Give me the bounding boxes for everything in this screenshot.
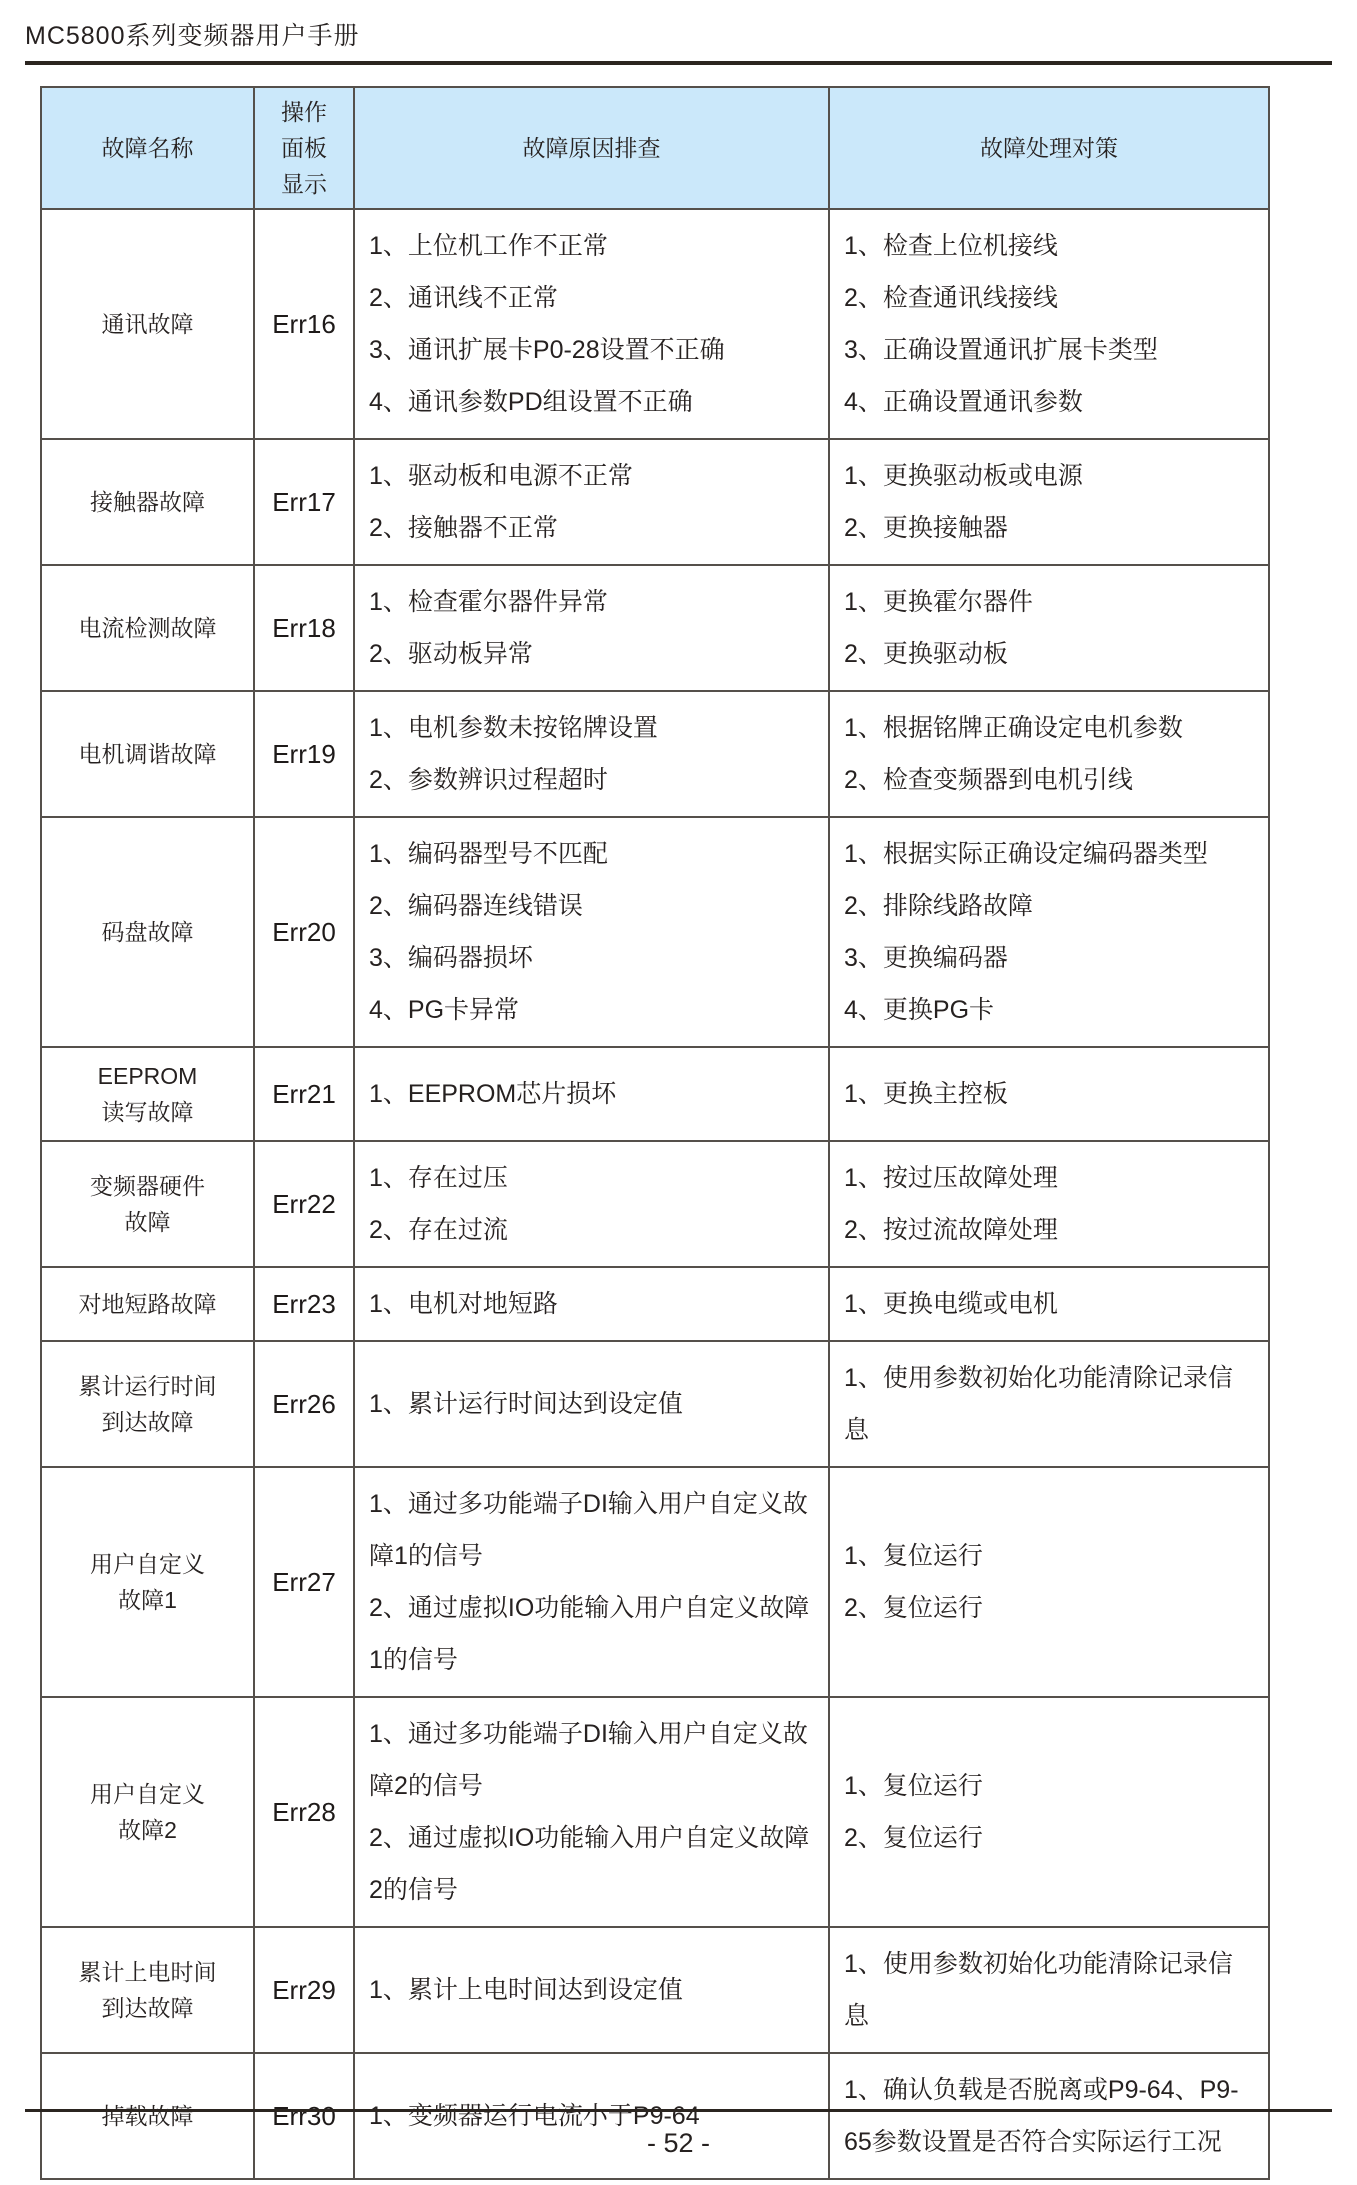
fault-solutions-cell: 1、使用参数初始化功能清除记录信息: [829, 1927, 1269, 2053]
column-header-cause: 故障原因排查: [354, 87, 829, 209]
column-header-panel-display: 操作面板显示: [254, 87, 354, 209]
title-rule: [25, 61, 1332, 65]
cause-line: 1、存在过压: [369, 1152, 818, 1204]
column-header-solution-label: 故障处理对策: [980, 135, 1118, 161]
solution-line: 2、复位运行: [844, 1812, 1240, 1864]
fault-solutions-cell: 1、更换电缆或电机: [829, 1267, 1269, 1341]
cause-line: 2、参数辨识过程超时: [369, 754, 818, 806]
solution-line: 1、使用参数初始化功能清除记录信息: [844, 1352, 1240, 1456]
fault-name-cell: 电流检测故障: [41, 565, 254, 691]
page-title: MC5800系列变频器用户手册: [25, 16, 1332, 52]
table-row: 电机调谐故障Err191、电机参数未按铭牌设置2、参数辨识过程超时1、根据铭牌正…: [41, 691, 1269, 817]
cause-line: 2、通过虚拟IO功能输入用户自定义故障2的信号: [369, 1812, 818, 1916]
panel-display-cell: Err18: [254, 565, 354, 691]
fault-solutions-cell: 1、根据铭牌正确设定电机参数2、检查变频器到电机引线: [829, 691, 1269, 817]
fault-table-body: 通讯故障Err161、上位机工作不正常2、通讯线不正常3、通讯扩展卡P0-28设…: [41, 209, 1269, 2179]
fault-solutions-cell: 1、使用参数初始化功能清除记录信息: [829, 1341, 1269, 1467]
table-row: 通讯故障Err161、上位机工作不正常2、通讯线不正常3、通讯扩展卡P0-28设…: [41, 209, 1269, 439]
cause-line: 1、电机对地短路: [369, 1278, 818, 1330]
solution-line: 2、检查变频器到电机引线: [844, 754, 1240, 806]
solution-line: 1、更换电缆或电机: [844, 1278, 1240, 1330]
cause-line: 1、编码器型号不匹配: [369, 828, 818, 880]
panel-display-cell: Err23: [254, 1267, 354, 1341]
panel-display-cell: Err19: [254, 691, 354, 817]
table-row: 累计上电时间 到达故障Err291、累计上电时间达到设定值1、使用参数初始化功能…: [41, 1927, 1269, 2053]
panel-display-cell: Err29: [254, 1927, 354, 2053]
solution-line: 4、更换PG卡: [844, 984, 1240, 1036]
column-header-fault-name-label: 故障名称: [102, 135, 194, 161]
fault-solutions-cell: 1、检查上位机接线2、检查通讯线接线3、正确设置通讯扩展卡类型4、正确设置通讯参…: [829, 209, 1269, 439]
fault-table-header: 故障名称 操作面板显示 故障原因排查 故障处理对策: [41, 87, 1269, 209]
cause-line: 1、上位机工作不正常: [369, 220, 818, 272]
fault-name-cell: EEPROM 读写故障: [41, 1047, 254, 1141]
solution-line: 1、检查上位机接线: [844, 220, 1240, 272]
fault-name-cell: 累计上电时间 到达故障: [41, 1927, 254, 2053]
solution-line: 1、复位运行: [844, 1530, 1240, 1582]
panel-display-cell: Err30: [254, 2053, 354, 2179]
column-header-panel-display-label: 操作面板显示: [278, 94, 330, 202]
cause-line: 2、接触器不正常: [369, 502, 818, 554]
fault-causes-cell: 1、检查霍尔器件异常2、驱动板异常: [354, 565, 829, 691]
cause-line: 4、通讯参数PD组设置不正确: [369, 376, 818, 428]
solution-line: 1、更换霍尔器件: [844, 576, 1240, 628]
solution-line: 1、根据实际正确设定编码器类型: [844, 828, 1240, 880]
fault-solutions-cell: 1、复位运行2、复位运行: [829, 1697, 1269, 1927]
panel-display-cell: Err22: [254, 1141, 354, 1267]
fault-solutions-cell: 1、复位运行2、复位运行: [829, 1467, 1269, 1697]
cause-line: 3、通讯扩展卡P0-28设置不正确: [369, 324, 818, 376]
fault-name-cell: 通讯故障: [41, 209, 254, 439]
cause-line: 1、累计上电时间达到设定值: [369, 1964, 818, 2016]
table-row: 对地短路故障Err231、电机对地短路1、更换电缆或电机: [41, 1267, 1269, 1341]
cause-line: 2、通过虚拟IO功能输入用户自定义故障1的信号: [369, 1582, 818, 1686]
fault-solutions-cell: 1、更换驱动板或电源2、更换接触器: [829, 439, 1269, 565]
page-number: - 52 -: [0, 2128, 1357, 2159]
fault-name-cell: 变频器硬件 故障: [41, 1141, 254, 1267]
fault-causes-cell: 1、编码器型号不匹配2、编码器连线错误3、编码器损坏4、PG卡异常: [354, 817, 829, 1047]
solution-line: 1、根据铭牌正确设定电机参数: [844, 702, 1240, 754]
solution-line: 1、更换主控板: [844, 1068, 1240, 1120]
fault-name-cell: 用户自定义 故障1: [41, 1467, 254, 1697]
fault-name-cell: 用户自定义 故障2: [41, 1697, 254, 1927]
solution-line: 1、更换驱动板或电源: [844, 450, 1240, 502]
table-row: 累计运行时间 到达故障Err261、累计运行时间达到设定值1、使用参数初始化功能…: [41, 1341, 1269, 1467]
fault-name-cell: 掉载故障: [41, 2053, 254, 2179]
panel-display-cell: Err26: [254, 1341, 354, 1467]
cause-line: 3、编码器损坏: [369, 932, 818, 984]
fault-name-cell: 电机调谐故障: [41, 691, 254, 817]
fault-name-cell: 接触器故障: [41, 439, 254, 565]
column-header-cause-label: 故障原因排查: [523, 135, 661, 161]
solution-line: 2、检查通讯线接线: [844, 272, 1240, 324]
solution-line: 2、按过流故障处理: [844, 1204, 1240, 1256]
table-row: 接触器故障Err171、驱动板和电源不正常2、接触器不正常1、更换驱动板或电源2…: [41, 439, 1269, 565]
table-row: 码盘故障Err201、编码器型号不匹配2、编码器连线错误3、编码器损坏4、PG卡…: [41, 817, 1269, 1047]
solution-line: 1、按过压故障处理: [844, 1152, 1240, 1204]
table-row: 变频器硬件 故障Err221、存在过压2、存在过流1、按过压故障处理2、按过流故…: [41, 1141, 1269, 1267]
table-row: 用户自定义 故障2Err281、通过多功能端子DI输入用户自定义故障2的信号2、…: [41, 1697, 1269, 1927]
fault-solutions-cell: 1、根据实际正确设定编码器类型2、排除线路故障3、更换编码器4、更换PG卡: [829, 817, 1269, 1047]
column-header-fault-name: 故障名称: [41, 87, 254, 209]
cause-line: 1、通过多功能端子DI输入用户自定义故障2的信号: [369, 1708, 818, 1812]
page-header: MC5800系列变频器用户手册: [25, 16, 1332, 65]
solution-line: 3、更换编码器: [844, 932, 1240, 984]
fault-causes-cell: 1、通过多功能端子DI输入用户自定义故障1的信号2、通过虚拟IO功能输入用户自定…: [354, 1467, 829, 1697]
fault-solutions-cell: 1、确认负载是否脱离或P9-64、P9-65参数设置是否符合实际运行工况: [829, 2053, 1269, 2179]
fault-solutions-cell: 1、更换主控板: [829, 1047, 1269, 1141]
solution-line: 1、复位运行: [844, 1760, 1240, 1812]
panel-display-cell: Err27: [254, 1467, 354, 1697]
cause-line: 1、检查霍尔器件异常: [369, 576, 818, 628]
cause-line: 4、PG卡异常: [369, 984, 818, 1036]
solution-line: 2、更换接触器: [844, 502, 1240, 554]
fault-causes-cell: 1、累计运行时间达到设定值: [354, 1341, 829, 1467]
panel-display-cell: Err28: [254, 1697, 354, 1927]
cause-line: 1、EEPROM芯片损坏: [369, 1068, 818, 1120]
cause-line: 1、电机参数未按铭牌设置: [369, 702, 818, 754]
panel-display-cell: Err20: [254, 817, 354, 1047]
header-row: 故障名称 操作面板显示 故障原因排查 故障处理对策: [41, 87, 1269, 209]
cause-line: 1、驱动板和电源不正常: [369, 450, 818, 502]
panel-display-cell: Err17: [254, 439, 354, 565]
panel-display-cell: Err16: [254, 209, 354, 439]
solution-line: 3、正确设置通讯扩展卡类型: [844, 324, 1240, 376]
solution-line: 1、使用参数初始化功能清除记录信息: [844, 1938, 1240, 2042]
cause-line: 2、编码器连线错误: [369, 880, 818, 932]
fault-name-cell: 累计运行时间 到达故障: [41, 1341, 254, 1467]
solution-line: 2、复位运行: [844, 1582, 1240, 1634]
fault-table: 故障名称 操作面板显示 故障原因排查 故障处理对策 通讯故障Err161、上位机…: [40, 86, 1270, 2180]
panel-display-cell: Err21: [254, 1047, 354, 1141]
fault-causes-cell: 1、累计上电时间达到设定值: [354, 1927, 829, 2053]
footer-rule: [25, 2109, 1332, 2112]
solution-line: 2、排除线路故障: [844, 880, 1240, 932]
fault-causes-cell: 1、电机参数未按铭牌设置2、参数辨识过程超时: [354, 691, 829, 817]
table-row: 掉载故障Err301、变频器运行电流小于P9-641、确认负载是否脱离或P9-6…: [41, 2053, 1269, 2179]
fault-causes-cell: 1、通过多功能端子DI输入用户自定义故障2的信号2、通过虚拟IO功能输入用户自定…: [354, 1697, 829, 1927]
fault-name-cell: 对地短路故障: [41, 1267, 254, 1341]
column-header-solution: 故障处理对策: [829, 87, 1269, 209]
solution-line: 2、更换驱动板: [844, 628, 1240, 680]
fault-causes-cell: 1、变频器运行电流小于P9-64: [354, 2053, 829, 2179]
table-row: 用户自定义 故障1Err271、通过多功能端子DI输入用户自定义故障1的信号2、…: [41, 1467, 1269, 1697]
table-row: EEPROM 读写故障Err211、EEPROM芯片损坏1、更换主控板: [41, 1047, 1269, 1141]
cause-line: 1、累计运行时间达到设定值: [369, 1378, 818, 1430]
cause-line: 2、通讯线不正常: [369, 272, 818, 324]
solution-line: 4、正确设置通讯参数: [844, 376, 1240, 428]
cause-line: 1、通过多功能端子DI输入用户自定义故障1的信号: [369, 1478, 818, 1582]
fault-causes-cell: 1、EEPROM芯片损坏: [354, 1047, 829, 1141]
fault-causes-cell: 1、上位机工作不正常2、通讯线不正常3、通讯扩展卡P0-28设置不正确4、通讯参…: [354, 209, 829, 439]
cause-line: 2、驱动板异常: [369, 628, 818, 680]
fault-causes-cell: 1、存在过压2、存在过流: [354, 1141, 829, 1267]
fault-solutions-cell: 1、按过压故障处理2、按过流故障处理: [829, 1141, 1269, 1267]
fault-solutions-cell: 1、更换霍尔器件2、更换驱动板: [829, 565, 1269, 691]
table-row: 电流检测故障Err181、检查霍尔器件异常2、驱动板异常1、更换霍尔器件2、更换…: [41, 565, 1269, 691]
cause-line: 2、存在过流: [369, 1204, 818, 1256]
fault-causes-cell: 1、驱动板和电源不正常2、接触器不正常: [354, 439, 829, 565]
fault-causes-cell: 1、电机对地短路: [354, 1267, 829, 1341]
fault-name-cell: 码盘故障: [41, 817, 254, 1047]
